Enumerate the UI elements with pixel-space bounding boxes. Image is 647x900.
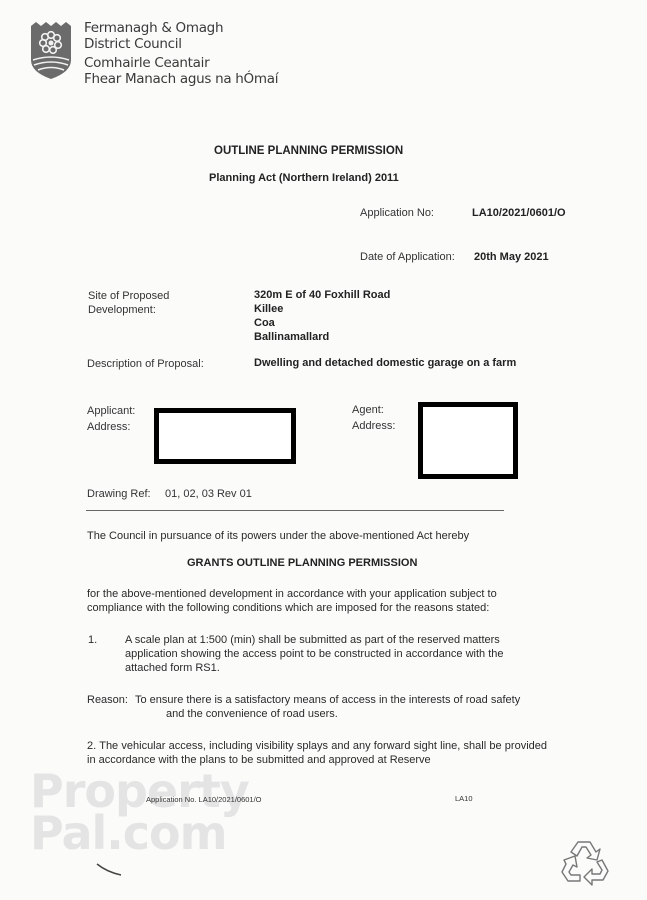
watermark-line2: Pal.com bbox=[30, 812, 249, 854]
site-address-line: Killee bbox=[254, 303, 283, 315]
recycle-icon bbox=[560, 838, 610, 886]
org-name-line2: District Council bbox=[84, 36, 182, 52]
application-date-label: Date of Application: bbox=[360, 251, 455, 263]
site-address-line: Coa bbox=[254, 317, 275, 329]
drawing-ref-value: 01, 02, 03 Rev 01 bbox=[165, 488, 252, 500]
planning-act: Planning Act (Northern Ireland) 2011 bbox=[209, 172, 399, 184]
site-address-line: 320m E of 40 Foxhill Road bbox=[254, 289, 390, 301]
condition-2: 2. The vehicular access, including visib… bbox=[87, 739, 547, 767]
document-title: OUTLINE PLANNING PERMISSION bbox=[214, 145, 403, 157]
org-name-line1: Fermanagh & Omagh bbox=[84, 20, 223, 36]
drawing-ref-label: Drawing Ref: bbox=[87, 488, 151, 500]
applicant-label: Applicant: bbox=[87, 405, 135, 417]
footer-code: LA10 bbox=[455, 794, 473, 803]
stray-mark bbox=[95, 862, 125, 878]
footer-application-ref: Application No. LA10/2021/0601/O bbox=[146, 795, 262, 804]
council-crest-icon bbox=[30, 20, 72, 80]
proposal-value: Dwelling and detached domestic garage on… bbox=[254, 357, 516, 369]
divider bbox=[86, 510, 504, 511]
condition-text: The vehicular access, including visibili… bbox=[87, 740, 547, 766]
reason-text: To ensure there is a satisfactory means … bbox=[87, 693, 527, 721]
application-date-value: 20th May 2021 bbox=[474, 251, 549, 263]
agent-redaction-box bbox=[418, 402, 518, 479]
agent-label: Agent: bbox=[352, 404, 384, 416]
applicant-redaction-box bbox=[154, 408, 296, 464]
reason-text-content: To ensure there is a satisfactory means … bbox=[135, 694, 520, 720]
decision-subject: for the above-mentioned development in a… bbox=[87, 587, 552, 615]
agent-address-label: Address: bbox=[352, 420, 395, 432]
site-label-line1: Site of Proposed bbox=[88, 290, 169, 302]
decision-intro: The Council in pursuance of its powers u… bbox=[87, 529, 547, 543]
org-name-irish-line2: Fhear Manach agus na hÓmaí bbox=[84, 71, 278, 87]
application-no-label: Application No: bbox=[360, 207, 434, 219]
org-name-irish-line1: Comhairle Ceantair bbox=[84, 55, 209, 71]
condition-number: 2. bbox=[87, 740, 96, 752]
application-no-value: LA10/2021/0601/O bbox=[472, 207, 566, 219]
condition-text: A scale plan at 1:500 (min) shall be sub… bbox=[125, 633, 545, 675]
grant-heading: GRANTS OUTLINE PLANNING PERMISSION bbox=[187, 557, 417, 569]
proposal-label: Description of Proposal: bbox=[87, 358, 204, 370]
applicant-address-label: Address: bbox=[87, 421, 130, 433]
propertypal-watermark: Property Pal.com bbox=[30, 770, 249, 854]
condition-number: 1. bbox=[88, 633, 97, 647]
site-label-line2: Development: bbox=[88, 304, 156, 316]
site-address-line: Ballinamallard bbox=[254, 331, 329, 343]
